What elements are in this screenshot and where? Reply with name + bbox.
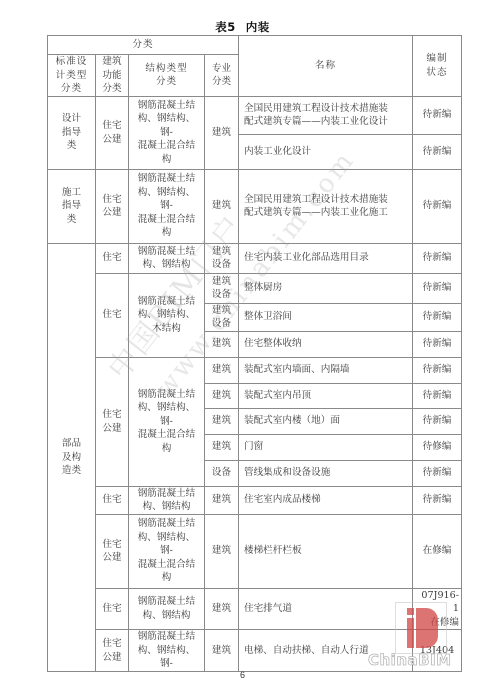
discipline-cell: 建筑 设备 — [205, 243, 239, 273]
table-name: 内装 — [246, 20, 270, 34]
design-type-cell: 设计 指导 类 — [48, 96, 96, 169]
function-cell: 住宅 — [96, 243, 129, 273]
discipline-cell: 设备 — [205, 460, 239, 486]
name-cell: 装配式室内楼（地）面 — [239, 408, 413, 434]
header-status: 编制 状态 — [413, 36, 462, 97]
page-number: 6 — [0, 670, 485, 680]
name-cell: 楼梯栏杆栏板 — [239, 514, 413, 588]
name-cell: 装配式室内墙面、内隔墙 — [239, 357, 413, 383]
status-cell: 待新编 — [413, 273, 462, 303]
status-cell: 待新编 — [413, 96, 462, 134]
table-row: 设计 指导 类 住宅 公建 钢筋混凝土结 构、钢结构、 钢- 混凝土混合结 构 … — [48, 96, 462, 134]
status-cell: 07J916-1 在修编 — [413, 588, 462, 630]
function-cell: 住宅 公建 — [96, 630, 129, 672]
discipline-cell: 建筑 — [205, 588, 239, 630]
name-cell: 整体卫浴间 — [239, 303, 413, 331]
status-cell: 待新编 — [413, 460, 462, 486]
function-cell: 住宅 公建 — [96, 169, 129, 243]
table-row: 住宅 钢筋混凝土结 构、钢结构 建筑 住宅排气道 07J916-1 在修编 — [48, 588, 462, 630]
standards-table: 分类 名称 编制 状态 标准设 计类型 分类 建筑 功能 分类 结构类型 分类 … — [47, 35, 462, 672]
design-type-cell: 施工 指导 类 — [48, 169, 96, 243]
table-row: 住宅 钢筋混凝土结 构、钢结构、 木结构 建筑 设备 整体厨房 待新编 — [48, 273, 462, 303]
discipline-cell: 建筑 — [205, 434, 239, 460]
name-cell: 住宅室内成品楼梯 — [239, 486, 413, 514]
header-name: 名称 — [239, 36, 413, 97]
name-cell: 管线集成和设备设施 — [239, 460, 413, 486]
function-cell: 住宅 公建 — [96, 514, 129, 588]
status-cell: 待修编 — [413, 434, 462, 460]
discipline-cell: 建筑 — [205, 514, 239, 588]
table-row: 住宅 钢筋混凝土结 构、钢结构 建筑 住宅室内成品楼梯 待新编 — [48, 486, 462, 514]
status-cell: 待新编 — [413, 408, 462, 434]
structure-cell: 钢筋混凝土结 构、钢结构、 钢- 混凝土混合结 构 — [129, 169, 205, 243]
function-cell: 住宅 公建 — [96, 357, 129, 486]
header-classification: 分类 — [48, 36, 239, 55]
table-title: 表5内装 — [0, 19, 485, 35]
discipline-cell: 建筑 — [205, 486, 239, 514]
structure-cell: 钢筋混凝土结 构、钢结构、 钢- 混凝土混合结 构 — [129, 357, 205, 486]
name-cell: 住宅内装工业化部品选用目录 — [239, 243, 413, 273]
discipline-cell: 建筑 设备 — [205, 273, 239, 303]
discipline-cell: 建筑 — [205, 331, 239, 357]
name-cell: 全国民用建筑工程设计技术措施装 配式建筑专篇——内装工业化设计 — [239, 96, 413, 134]
structure-cell: 钢筋混凝土结 构、钢结构、 木结构 — [129, 273, 205, 357]
table-row: 住宅 公建 钢筋混凝土结 构、钢结构、 钢- 建筑 电梯、自动扶梯、自动人行道 … — [48, 630, 462, 672]
name-cell: 门窗 — [239, 434, 413, 460]
header-structure: 结构类型 分类 — [129, 55, 205, 97]
status-cell: 待新编 — [413, 486, 462, 514]
discipline-cell: 建筑 — [205, 169, 239, 243]
name-cell: 整体厨房 — [239, 273, 413, 303]
name-cell: 全国民用建筑工程设计技术措施装 配式建筑专篇——内装工业化施工 — [239, 169, 413, 243]
header-discipline: 专业 分类 — [205, 55, 239, 97]
table-row: 住宅 公建 钢筋混凝土结 构、钢结构、 钢- 混凝土混合结 构 建筑 装配式室内… — [48, 357, 462, 383]
status-cell: 待新编 — [413, 357, 462, 383]
header-design-type: 标准设 计类型 分类 — [48, 55, 96, 97]
status-cell: 13J404 — [413, 630, 462, 672]
status-cell: 待新编 — [413, 243, 462, 273]
structure-cell: 钢筋混凝土结 构、钢结构 — [129, 243, 205, 273]
name-cell: 住宅整体收纳 — [239, 331, 413, 357]
name-cell: 电梯、自动扶梯、自动人行道 — [239, 630, 413, 672]
discipline-cell: 建筑 — [205, 357, 239, 383]
header-row-group: 分类 名称 编制 状态 — [48, 36, 462, 55]
table-row: 施工 指导 类 住宅 公建 钢筋混凝土结 构、钢结构、 钢- 混凝土混合结 构 … — [48, 169, 462, 243]
name-cell: 内装工业化设计 — [239, 134, 413, 169]
status-cell: 待新编 — [413, 169, 462, 243]
status-cell: 待新编 — [413, 383, 462, 408]
discipline-cell: 建筑 — [205, 630, 239, 672]
status-cell: 在修编 — [413, 514, 462, 588]
structure-cell: 钢筋混凝土结 构、钢结构 — [129, 588, 205, 630]
table-row: 部品 及构 造类 住宅 钢筋混凝土结 构、钢结构 建筑 设备 住宅内装工业化部品… — [48, 243, 462, 273]
discipline-cell: 建筑 — [205, 96, 239, 169]
name-cell: 装配式室内吊顶 — [239, 383, 413, 408]
discipline-cell: 建筑 — [205, 383, 239, 408]
status-cell: 待新编 — [413, 331, 462, 357]
structure-cell: 钢筋混凝土结 构、钢结构、 钢- 混凝土混合结 构 — [129, 514, 205, 588]
structure-cell: 钢筋混凝土结 构、钢结构 — [129, 486, 205, 514]
discipline-cell: 建筑 — [205, 408, 239, 434]
structure-cell: 钢筋混凝土结 构、钢结构、 钢- 混凝土混合结 构 — [129, 96, 205, 169]
function-cell: 住宅 — [96, 588, 129, 630]
table-number: 表5 — [215, 20, 236, 34]
name-cell: 住宅排气道 — [239, 588, 413, 630]
structure-cell: 钢筋混凝土结 构、钢结构、 钢- — [129, 630, 205, 672]
status-cell: 待新编 — [413, 134, 462, 169]
header-function: 建筑 功能 分类 — [96, 55, 129, 97]
function-cell: 住宅 公建 — [96, 96, 129, 169]
table-row: 住宅 公建 钢筋混凝土结 构、钢结构、 钢- 混凝土混合结 构 建筑 楼梯栏杆栏… — [48, 514, 462, 588]
design-type-cell: 部品 及构 造类 — [48, 243, 96, 672]
function-cell: 住宅 — [96, 486, 129, 514]
function-cell: 住宅 — [96, 273, 129, 357]
discipline-cell: 建筑 设备 — [205, 303, 239, 331]
status-cell: 待新编 — [413, 303, 462, 331]
